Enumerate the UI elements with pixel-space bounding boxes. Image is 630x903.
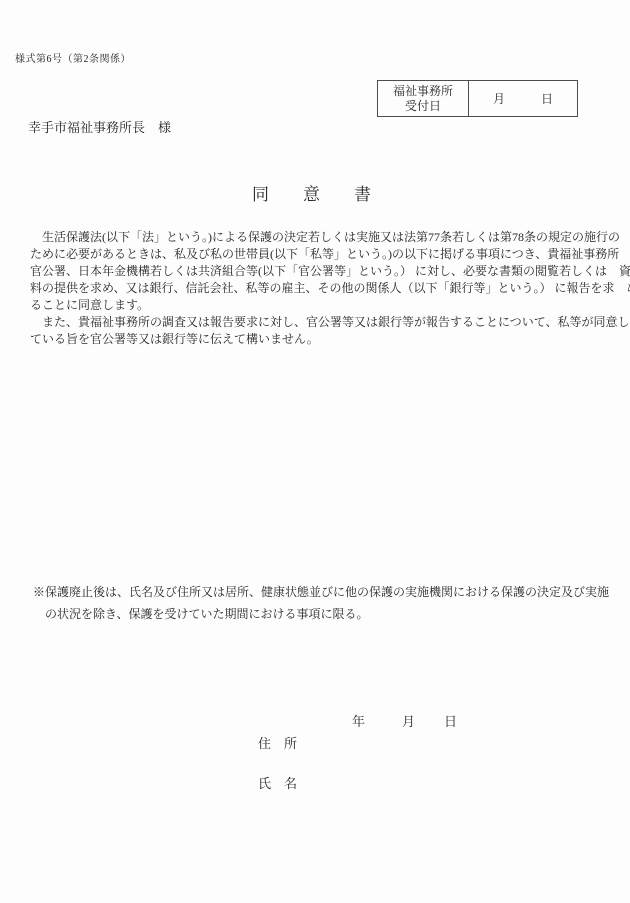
footnote-line: の状況を除き、保護を受けていた期間における事項に限る。 bbox=[33, 603, 608, 625]
reception-date-table: 福祉事務所 受付日 月 日 bbox=[377, 80, 578, 117]
form-number-label: 様式第6号（第2条関係） bbox=[15, 50, 131, 65]
paragraph-line: ために必要があるときは、私及び私の世帯員(以下「私等」という。)の以下に掲げる事… bbox=[30, 246, 608, 263]
footnote: ※保護廃止後は、氏名及び住所又は居所、健康状態並びに他の保護の実施機関における保… bbox=[33, 581, 608, 625]
paragraph-line: 生活保護法(以下「法」という。)による保護の決定若しくは実施又は法第77条若しく… bbox=[30, 229, 608, 246]
addressee-line: 幸手市福祉事務所長 様 bbox=[28, 117, 171, 136]
consent-paragraph: 生活保護法(以下「法」という。)による保護の決定若しくは実施又は法第77条若しく… bbox=[30, 229, 608, 348]
paragraph-line: また、貴福祉事務所の調査又は報告要求に対し、官公署等又は銀行等が報告することにつ… bbox=[30, 314, 608, 331]
date-day-label: 日 bbox=[444, 714, 457, 729]
footnote-line: ※保護廃止後は、氏名及び住所又は居所、健康状態並びに他の保護の実施機関における保… bbox=[33, 581, 608, 603]
address-label: 住 所 bbox=[258, 733, 297, 752]
paragraph-line: ている旨を官公署等又は銀行等に伝えて構いません。 bbox=[30, 331, 608, 348]
paragraph-line: ることに同意します。 bbox=[30, 297, 608, 314]
paragraph-line: 官公署、日本年金機構若しくは共済組合等(以下「官公署等」という。） に対し、必要… bbox=[30, 263, 608, 280]
paragraph-line: 料の提供を求め、又は銀行、信託会社、私等の雇主、その他の関係人（以下「銀行等」と… bbox=[30, 280, 608, 297]
name-label: 氏 名 bbox=[258, 773, 297, 792]
signature-date-line: 年月日 bbox=[352, 711, 457, 730]
date-month-label: 月 bbox=[402, 714, 415, 729]
reception-office-label: 福祉事務所 bbox=[393, 84, 453, 99]
document-page: 様式第6号（第2条関係） 福祉事務所 受付日 月 日 幸手市福祉事務所長 様 同… bbox=[0, 0, 630, 903]
date-year-label: 年 bbox=[352, 714, 365, 729]
document-title: 同 意 書 bbox=[252, 180, 371, 205]
reception-date-label: 受付日 bbox=[405, 99, 441, 114]
reception-table-label-cell: 福祉事務所 受付日 bbox=[378, 81, 469, 116]
reception-table-date-cell: 月 日 bbox=[469, 81, 577, 116]
